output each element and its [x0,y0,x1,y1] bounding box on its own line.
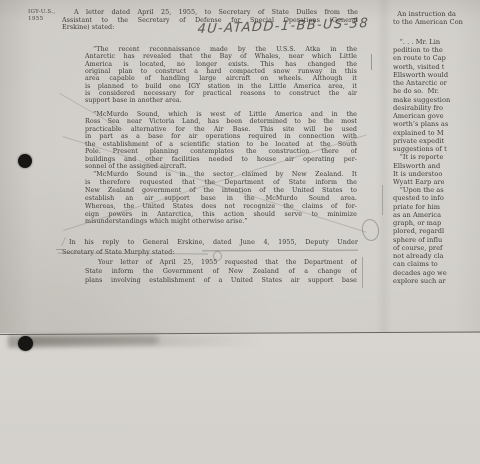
text-line: “It is reporte [393,153,480,161]
text-line: A letter dated April 25, 1955, to Secret… [62,9,358,17]
text-line: worth, visited t [393,63,480,71]
text-line: as an America [393,211,480,219]
pencil-margin-tick-3 [362,257,363,288]
text-line: of course, pref [393,244,480,252]
text-line: area capable of handling large aircraft … [85,75,357,82]
text-line: the Antarctic or [393,79,480,87]
text-line: New Zealand government of the intention … [85,187,357,195]
text-line: he do so. Mr. [393,87,480,95]
text-line: make suggestion [393,96,480,104]
text-line: Ellsworth would [393,71,480,79]
text-line: is considered necessary for practical re… [85,90,357,97]
text-line: en route to Cap [393,54,480,62]
quoted-paragraph-2: “McMurdo Sound, which is west of Little … [85,111,357,171]
text-line: Antarctic has revealed that the Bay of W… [85,53,357,60]
text-line: misunderstandings which might otherwise … [85,218,357,226]
text-line: to the American Con [393,18,480,26]
text-line: Your letter of April 25, 1955 requested … [85,259,357,268]
text-line: original plan to construct a hard compac… [85,68,357,75]
pencil-dash-line [202,249,358,251]
reply-paragraph: In his reply to General Erskine, dated J… [62,237,358,258]
right-column-paragraph-1: An instruction dato the American Con [393,10,480,26]
text-line: can claims to [393,260,480,268]
text-line: “McMurdo Sound is in the sector claimed … [85,171,357,179]
text-line: plans involving establishment of a Unite… [85,277,357,286]
pencil-small-circle-mark [213,251,222,261]
text-line: priate for him [393,203,480,211]
text-line: An instruction da [393,10,480,18]
text-line: in part as a base for air operations req… [85,133,357,140]
page-gutter-shadow [376,0,392,333]
text-line: It is understoo [393,170,480,178]
pencil-margin-tick-1 [371,54,372,70]
text-line: “. . . Mr. Lin [393,38,480,46]
text-line: desirability fro [393,104,480,112]
text-line: pedition to the [393,46,480,54]
text-line: private expedit [393,137,480,145]
text-line: explore such ar [393,277,480,285]
text-line: eign powers in Antarctica, this action s… [85,211,357,219]
text-line: Ross Sea near Victoria Land, has been de… [85,118,357,125]
text-line: In his reply to General Erskine, dated J… [62,237,358,247]
text-line: America is located, no longer exists. Th… [85,61,357,68]
hole-punch-bottom [18,336,33,351]
text-line: establish an air support base in the McM… [85,195,357,203]
text-line: graph, or map [393,219,480,227]
scanned-document-page: IGY-U.S.,1955 A letter dated April 25, 1… [0,0,480,464]
text-line: support base in another area. [85,97,357,104]
hole-punch-top [18,154,32,168]
text-line: quested to info [393,194,480,202]
text-line: “The recent reconnaissance made by the U… [85,46,357,53]
text-line: decades ago we [393,269,480,277]
quoted-paragraph-1: “The recent reconnaissance made by the U… [85,46,357,105]
pencil-margin-tick-2 [382,185,383,215]
pencil-underscore-mark [56,249,63,250]
text-line: Ellsworth and [393,162,480,170]
text-line: American gove [393,112,480,120]
right-column-paragraph-2: “. . . Mr. Linpedition to theen route to… [393,38,480,285]
quoted-paragraph-4: Your letter of April 25, 1955 requested … [85,259,357,286]
text-line: the establishment of a scientific statio… [85,141,357,148]
text-line: plored, regardl [393,227,480,235]
text-line: sonnel of the assigned aircraft. [85,163,357,170]
text-line: “McMurdo Sound, which is west of Little … [85,111,357,118]
text-line: sphere of influ [393,236,480,244]
text-line: is planned to build one IGY station in t… [85,83,357,90]
edge-smudge [28,336,158,345]
text-line: suggestions of t [393,145,480,153]
text-line: Wyatt Earp are [393,178,480,186]
text-line: worth’s plans as [393,120,480,128]
text-line: State inform the Government of New Zeala… [85,268,357,277]
text-line: practicable alternative for the Air Base… [85,126,357,133]
text-line: “Upon the as [393,186,480,194]
text-line: not already cla [393,252,480,260]
text-line: explained to M [393,129,480,137]
underlying-page [0,333,480,464]
